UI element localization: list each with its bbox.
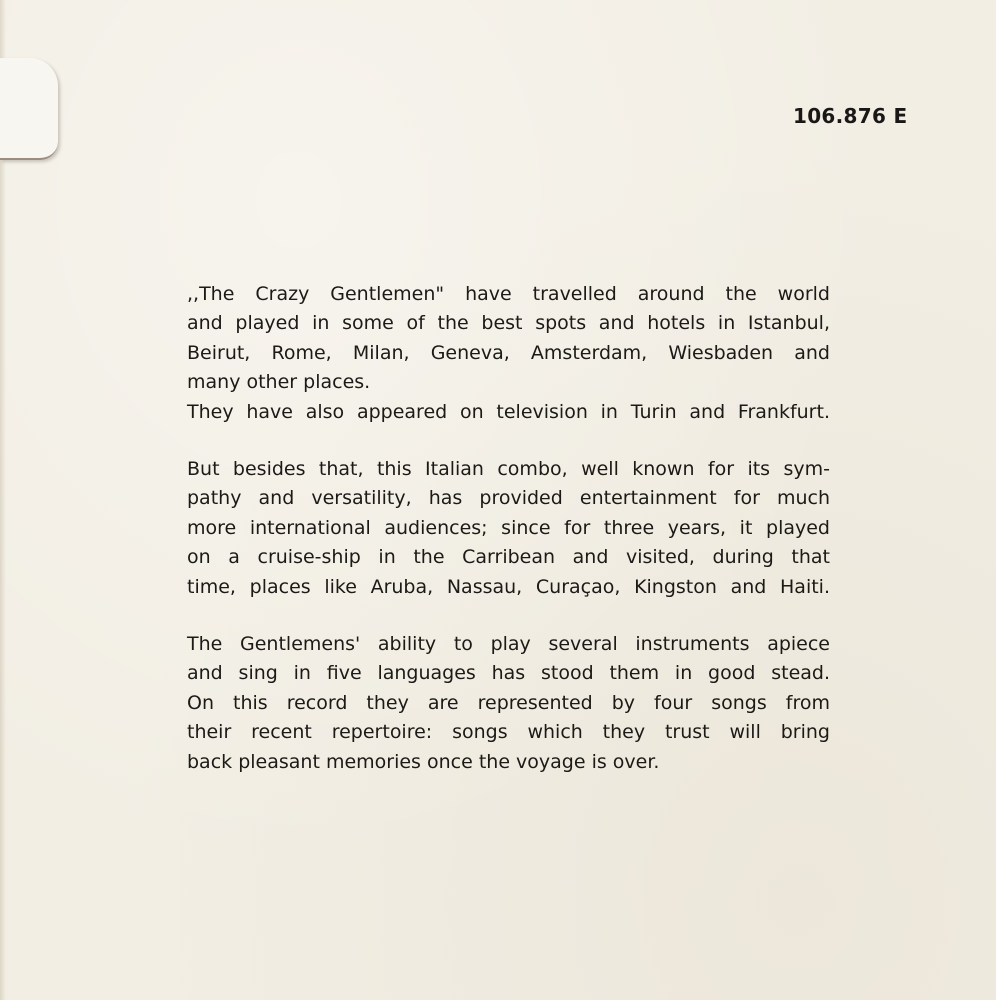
liner-notes-paragraph-3: The Gentlemens' ability to play several …	[187, 630, 830, 777]
text-line: and played in some of the best spots and…	[187, 309, 830, 338]
liner-notes-paragraph-1: ,,The Crazy Gentlemen" have travelled ar…	[187, 280, 830, 427]
text-line: and sing in five languages has stood the…	[187, 659, 830, 688]
text-line: back pleasant memories once the voyage i…	[187, 748, 830, 777]
text-line: On this record they are represented by f…	[187, 689, 830, 718]
liner-notes: ,,The Crazy Gentlemen" have travelled ar…	[187, 280, 830, 805]
text-line: The Gentlemens' ability to play several …	[187, 630, 830, 659]
liner-notes-paragraph-2: But besides that, this Italian combo, we…	[187, 455, 830, 602]
text-line: But besides that, this Italian combo, we…	[187, 455, 830, 484]
text-line: pathy and versatility, has provided ente…	[187, 484, 830, 513]
text-line: many other places.	[187, 368, 830, 397]
text-line: more international audiences; since for …	[187, 514, 830, 543]
text-line: Beirut, Rome, Milan, Geneva, Amsterdam, …	[187, 339, 830, 368]
text-line: ,,The Crazy Gentlemen" have travelled ar…	[187, 280, 830, 309]
text-line: on a cruise-ship in the Carribean and vi…	[187, 543, 830, 572]
text-line: their recent repertoire: songs which the…	[187, 718, 830, 747]
text-line: They have also appeared on television in…	[187, 398, 830, 427]
catalog-number: 106.876 E	[793, 104, 907, 128]
torn-paper-flap	[0, 58, 58, 160]
text-line: time, places like Aruba, Nassau, Curaçao…	[187, 573, 830, 602]
